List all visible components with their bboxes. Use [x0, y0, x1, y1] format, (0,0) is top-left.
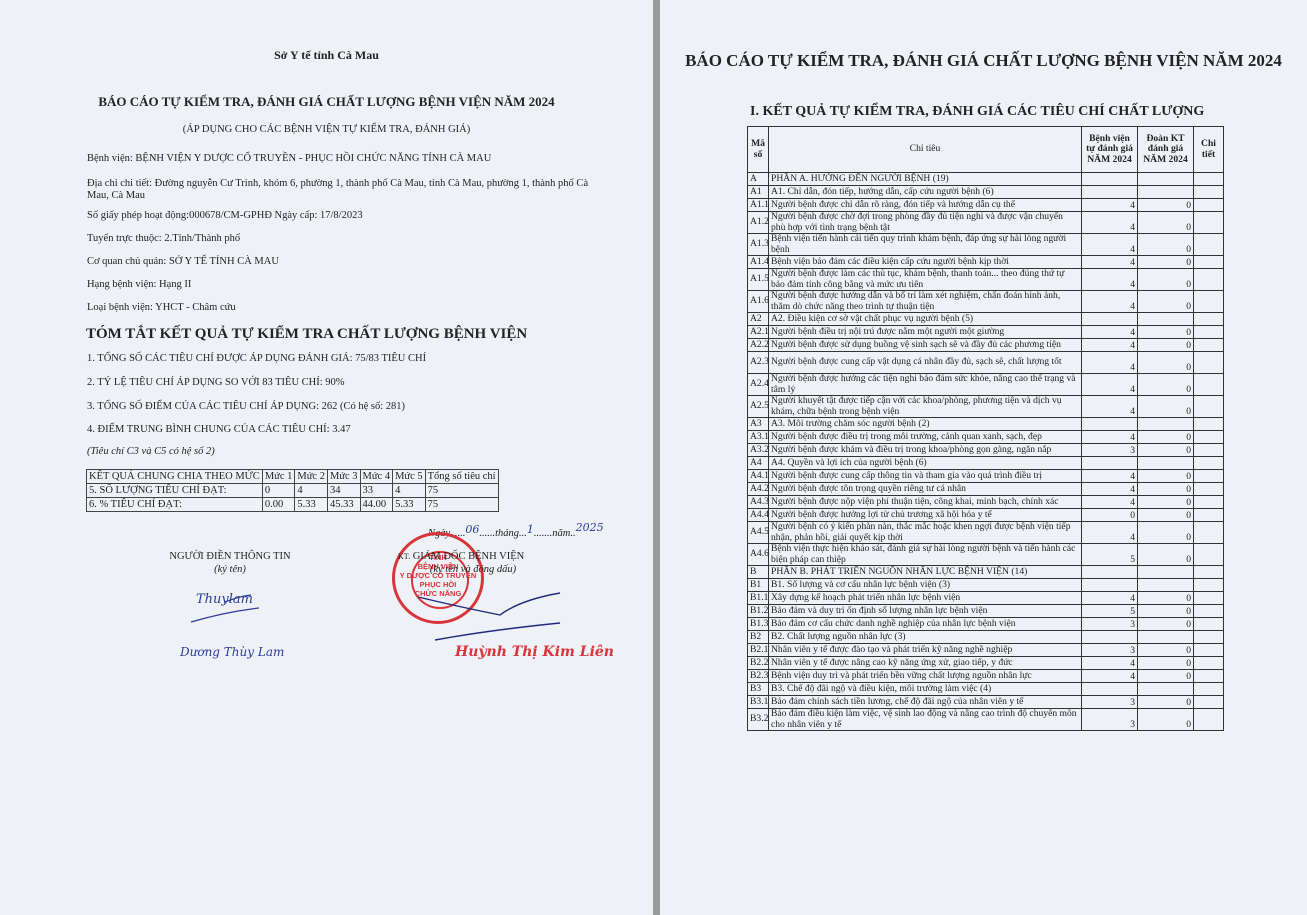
criterion-text: Bệnh viện tiến hành cải tiến quy trình k… — [769, 234, 1082, 256]
team-score: 0 — [1138, 326, 1194, 339]
team-score: 0 — [1138, 522, 1194, 544]
table-row: A4.4Người bệnh được hưởng lợi từ chủ trư… — [748, 509, 1224, 522]
signer-right-note: (ký tên và đóng dấu) — [408, 564, 538, 575]
coefficient-note: (Tiêu chí C3 và C5 có hệ số 2) — [87, 446, 215, 457]
criterion-code: A — [748, 173, 769, 186]
team-score — [1138, 566, 1194, 579]
table-row: A2.5Người khuyết tật được tiếp cận với c… — [748, 396, 1224, 418]
criterion-code: A2.3 — [748, 352, 769, 374]
detail-cell — [1194, 396, 1224, 418]
criterion-text: A2. Điều kiện cơ sở vật chất phục vụ ngư… — [769, 313, 1082, 326]
table-row: A2.1Người bệnh điều trị nội trú được nằm… — [748, 326, 1224, 339]
detail-cell — [1194, 670, 1224, 683]
cell: 34 — [327, 484, 360, 498]
header-cell: Mức 3 — [327, 470, 360, 484]
header-cell: Mức 4 — [360, 470, 393, 484]
criterion-code: A1.4 — [748, 256, 769, 269]
detail-cell — [1194, 696, 1224, 709]
criterion-text: Bệnh viện thực hiện khảo sát, đánh giá s… — [769, 544, 1082, 566]
team-score: 0 — [1138, 709, 1194, 731]
criterion-code: B3.1 — [748, 696, 769, 709]
criterion-code: B2.2 — [748, 657, 769, 670]
detail-cell — [1194, 592, 1224, 605]
table-row: 6. % TIÊU CHÍ ĐẠT: 0.00 5.33 45.33 44.00… — [87, 498, 499, 512]
detail-cell — [1194, 566, 1224, 579]
self-score: 4 — [1082, 431, 1138, 444]
self-score: 4 — [1082, 522, 1138, 544]
department-name: Sở Y tế tỉnh Cà Mau — [0, 48, 653, 63]
table-row: A1.2Người bệnh được chờ đợi trong phòng … — [748, 212, 1224, 234]
self-score: 4 — [1082, 234, 1138, 256]
table-row: A4.6Bệnh viện thực hiện khảo sát, đánh g… — [748, 544, 1224, 566]
table-row: B2.1Nhân viên y tế được đào tạo và phát … — [748, 644, 1224, 657]
criterion-code: A2 — [748, 313, 769, 326]
license-info: Số giấy phép hoạt động:000678/CM-GPHĐ Ng… — [87, 210, 597, 222]
detail-cell — [1194, 374, 1224, 396]
detail-cell — [1194, 644, 1224, 657]
criterion-text: Bảo đảm và duy trì ổn định số lượng nhân… — [769, 605, 1082, 618]
signature-right-stroke-icon — [410, 585, 570, 645]
cell: 6. % TIÊU CHÍ ĐẠT: — [87, 498, 263, 512]
detail-cell — [1194, 269, 1224, 291]
header-cell: KẾT QUẢ CHUNG CHIA THEO MỨC — [87, 470, 263, 484]
summary-item: 3. TỔNG SỐ ĐIỂM CỦA CÁC TIÊU CHÍ ÁP DỤNG… — [87, 401, 405, 412]
table-row: A4A4. Quyền và lợi ích của người bệnh (6… — [748, 457, 1224, 470]
hospital-rank: Hạng bệnh viện: Hạng II — [87, 279, 597, 291]
signer-right-prefix: KT. — [398, 552, 410, 561]
table-row: A1.6Người bệnh được hướng dẫn và bố trí … — [748, 291, 1224, 313]
criterion-text: Xây dựng kế hoạch phát triển nhân lực bệ… — [769, 592, 1082, 605]
criterion-text: Người bệnh được chờ đợi trong phòng đầy … — [769, 212, 1082, 234]
self-score: 5 — [1082, 544, 1138, 566]
cell: 5.33 — [295, 498, 328, 512]
table-header-row: KẾT QUẢ CHUNG CHIA THEO MỨC Mức 1 Mức 2 … — [87, 470, 499, 484]
summary-item: 1. TỔNG SỐ CÁC TIÊU CHÍ ĐƯỢC ÁP DỤNG ĐÁN… — [87, 353, 426, 364]
table-row: B3.1Bảo đảm chính sách tiền lương, chế đ… — [748, 696, 1224, 709]
criterion-text: Người bệnh được khám và điều trị trong k… — [769, 444, 1082, 457]
detail-cell — [1194, 709, 1224, 731]
criterion-code: B2 — [748, 631, 769, 644]
level-results-table: KẾT QUẢ CHUNG CHIA THEO MỨC Mức 1 Mức 2 … — [86, 469, 499, 512]
detail-cell — [1194, 509, 1224, 522]
table-row: B1.3Bảo đảm cơ cấu chức danh nghề nghiệp… — [748, 618, 1224, 631]
cell: 5. SỐ LƯỢNG TIÊU CHÍ ĐẠT: — [87, 484, 263, 498]
signer-left-note: (ký tên) — [140, 564, 320, 575]
table-row: B2.3Bệnh viện duy trì và phát triển bền … — [748, 670, 1224, 683]
detail-cell — [1194, 496, 1224, 509]
team-score: 0 — [1138, 605, 1194, 618]
team-score — [1138, 418, 1194, 431]
cell: 44.00 — [360, 498, 393, 512]
signer-left-name: Dương Thùy Lam — [180, 645, 284, 659]
criterion-text: A4. Quyền và lợi ích của người bệnh (6) — [769, 457, 1082, 470]
team-score: 0 — [1138, 431, 1194, 444]
criterion-text: Nhân viên y tế được nâng cao kỹ năng ứng… — [769, 657, 1082, 670]
detail-cell — [1194, 683, 1224, 696]
team-score: 0 — [1138, 696, 1194, 709]
date-month: 1 — [527, 523, 534, 536]
team-score: 0 — [1138, 199, 1194, 212]
criterion-text: PHẦN A. HƯỚNG ĐẾN NGƯỜI BỆNH (19) — [769, 173, 1082, 186]
team-score — [1138, 186, 1194, 199]
table-row: B1B1. Số lượng và cơ cấu nhân lực bệnh v… — [748, 579, 1224, 592]
table-row: A4.3Người bệnh được nộp viện phí thuận t… — [748, 496, 1224, 509]
team-score: 0 — [1138, 618, 1194, 631]
criterion-text: A1. Chỉ dẫn, đón tiếp, hướng dẫn, cấp cứ… — [769, 186, 1082, 199]
signer-right-name: Huỳnh Thị Kim Liên — [455, 644, 614, 660]
self-score: 4 — [1082, 256, 1138, 269]
criterion-text: Người bệnh được sử dụng buồng vệ sinh sạ… — [769, 339, 1082, 352]
criterion-code: A1 — [748, 186, 769, 199]
team-score — [1138, 313, 1194, 326]
team-score — [1138, 579, 1194, 592]
self-score — [1082, 631, 1138, 644]
self-score: 3 — [1082, 696, 1138, 709]
report-title: BÁO CÁO TỰ KIỂM TRA, ĐÁNH GIÁ CHẤT LƯỢNG… — [0, 94, 653, 110]
year-label: năm — [552, 528, 570, 539]
self-score: 4 — [1082, 592, 1138, 605]
detail-cell — [1194, 186, 1224, 199]
table-row: A3.1Người bệnh được điều trị trong môi t… — [748, 431, 1224, 444]
table-row: A2.4Người bệnh được hưởng các tiện nghi … — [748, 374, 1224, 396]
criterion-code: A1.6 — [748, 291, 769, 313]
team-score — [1138, 173, 1194, 186]
section-heading: I. KẾT QUẢ TỰ KIỂM TRA, ĐÁNH GIÁ CÁC TIÊ… — [750, 104, 1204, 120]
self-score: 4 — [1082, 396, 1138, 418]
team-score: 0 — [1138, 470, 1194, 483]
detail-cell — [1194, 234, 1224, 256]
report-title-right: BÁO CÁO TỰ KIỂM TRA, ĐÁNH GIÁ CHẤT LƯỢNG… — [660, 52, 1307, 70]
detail-cell — [1194, 483, 1224, 496]
self-score: 4 — [1082, 670, 1138, 683]
team-score: 0 — [1138, 444, 1194, 457]
criterion-code: A1.5 — [748, 269, 769, 291]
team-score: 0 — [1138, 483, 1194, 496]
criterion-code: B3.2 — [748, 709, 769, 731]
criterion-text: Bảo đảm điều kiện làm việc, vệ sinh lao … — [769, 709, 1082, 731]
criterion-text: Bảo đảm chính sách tiền lương, chế độ đã… — [769, 696, 1082, 709]
table-row: A4.2Người bệnh được tôn trọng quyền riên… — [748, 483, 1224, 496]
criterion-text: B3. Chế độ đãi ngộ và điều kiện, môi trư… — [769, 683, 1082, 696]
hospital-tier: Tuyến trực thuộc: 2.Tỉnh/Thành phố — [87, 233, 597, 245]
cell: 0.00 — [262, 498, 295, 512]
table-row: A2.2Người bệnh được sử dụng buồng vệ sin… — [748, 339, 1224, 352]
signer-right-title-text: GIÁM ĐỐC BỆNH VIỆN — [413, 551, 525, 562]
table-row: A1.5Người bệnh được làm các thủ tục, khá… — [748, 269, 1224, 291]
cell: 0 — [262, 484, 295, 498]
detail-cell — [1194, 544, 1224, 566]
cell: 4 — [393, 484, 426, 498]
criterion-text: Nhân viên y tế được đào tạo và phát triể… — [769, 644, 1082, 657]
self-score — [1082, 683, 1138, 696]
detail-cell — [1194, 579, 1224, 592]
team-score: 0 — [1138, 657, 1194, 670]
team-score: 0 — [1138, 670, 1194, 683]
header-cell: Mức 1 — [262, 470, 295, 484]
criterion-text: Người bệnh được tôn trọng quyền riêng tư… — [769, 483, 1082, 496]
month-label: tháng — [495, 528, 519, 539]
table-row: A4.1Người bệnh được cung cấp thông tin v… — [748, 470, 1224, 483]
table-row: BPHẦN B. PHÁT TRIỂN NGUỒN NHÂN LỰC BỆNH … — [748, 566, 1224, 579]
self-score: 4 — [1082, 326, 1138, 339]
signer-right-title: KT. GIÁM ĐỐC BỆNH VIỆN — [398, 551, 538, 562]
criterion-code: A2.4 — [748, 374, 769, 396]
detail-cell — [1194, 339, 1224, 352]
criterion-code: A2.5 — [748, 396, 769, 418]
self-score — [1082, 566, 1138, 579]
criterion-code: A2.2 — [748, 339, 769, 352]
detail-cell — [1194, 199, 1224, 212]
criterion-code: A4.5 — [748, 522, 769, 544]
team-score: 0 — [1138, 291, 1194, 313]
table-row: A1A1. Chỉ dẫn, đón tiếp, hướng dẫn, cấp … — [748, 186, 1224, 199]
criterion-code: B1.3 — [748, 618, 769, 631]
criterion-code: B1.1 — [748, 592, 769, 605]
table-row: B3.2Bảo đảm điều kiện làm việc, vệ sinh … — [748, 709, 1224, 731]
cell: 5.33 — [393, 498, 426, 512]
self-score — [1082, 418, 1138, 431]
self-score: 4 — [1082, 339, 1138, 352]
header-self-score: Bệnh viện tự đánh giá NĂM 2024 — [1082, 127, 1138, 173]
self-score: 4 — [1082, 496, 1138, 509]
team-score: 0 — [1138, 269, 1194, 291]
right-page: BÁO CÁO TỰ KIỂM TRA, ĐÁNH GIÁ CHẤT LƯỢNG… — [660, 0, 1307, 915]
detail-cell — [1194, 444, 1224, 457]
criterion-code: A4.3 — [748, 496, 769, 509]
criterion-text: Người bệnh được cung cấp thông tin và th… — [769, 470, 1082, 483]
self-score: 4 — [1082, 291, 1138, 313]
detail-cell — [1194, 605, 1224, 618]
self-score — [1082, 173, 1138, 186]
header-cell: Tổng số tiêu chí — [425, 470, 498, 484]
summary-item: 4. ĐIỂM TRUNG BÌNH CHUNG CỦA CÁC TIÊU CH… — [87, 424, 351, 435]
table-row: A1.4Bệnh viện bảo đảm các điều kiện cấp … — [748, 256, 1224, 269]
date-day: 06 — [465, 523, 479, 536]
criterion-text: Người bệnh được nộp viện phí thuận tiện,… — [769, 496, 1082, 509]
table-row: B2B2. Chất lượng nguồn nhân lực (3) — [748, 631, 1224, 644]
date-year: 2025 — [576, 521, 604, 534]
team-score — [1138, 631, 1194, 644]
criterion-code: A3 — [748, 418, 769, 431]
team-score: 0 — [1138, 396, 1194, 418]
criterion-code: B3 — [748, 683, 769, 696]
table-row: B3B3. Chế độ đãi ngộ và điều kiện, môi t… — [748, 683, 1224, 696]
self-score: 4 — [1082, 374, 1138, 396]
table-header-row: Mã số Chỉ tiêu Bệnh viện tự đánh giá NĂM… — [748, 127, 1224, 173]
team-score: 0 — [1138, 374, 1194, 396]
self-score: 4 — [1082, 212, 1138, 234]
cell: 4 — [295, 484, 328, 498]
self-score: 4 — [1082, 199, 1138, 212]
criterion-text: Người bệnh được hướng dẫn và bố trí làm … — [769, 291, 1082, 313]
hospital-name: Bệnh viện: BỆNH VIỆN Y DƯỢC CỔ TRUYỀN - … — [87, 153, 597, 165]
criterion-code: A4.6 — [748, 544, 769, 566]
self-score — [1082, 186, 1138, 199]
table-row: A1.3Bệnh viện tiến hành cải tiến quy trì… — [748, 234, 1224, 256]
criterion-text: Người bệnh được hưởng lợi từ chủ trương … — [769, 509, 1082, 522]
cell: 45.33 — [327, 498, 360, 512]
header-detail: Chi tiết — [1194, 127, 1224, 173]
criterion-text: Người bệnh được hưởng các tiện nghi bảo … — [769, 374, 1082, 396]
signature-stroke-icon — [185, 590, 265, 630]
detail-cell — [1194, 352, 1224, 374]
summary-heading: TÓM TẮT KẾT QUẢ TỰ KIỂM TRA CHẤT LƯỢNG B… — [86, 326, 527, 343]
criterion-code: B1 — [748, 579, 769, 592]
header-cell: Mức 2 — [295, 470, 328, 484]
self-score: 3 — [1082, 644, 1138, 657]
criterion-text: Người bệnh được chỉ dẫn rõ ràng, đón tiế… — [769, 199, 1082, 212]
detail-cell — [1194, 418, 1224, 431]
criteria-body: APHẦN A. HƯỚNG ĐẾN NGƯỜI BỆNH (19)A1A1. … — [748, 173, 1224, 731]
team-score: 0 — [1138, 592, 1194, 605]
criterion-text: B2. Chất lượng nguồn nhân lực (3) — [769, 631, 1082, 644]
self-score: 4 — [1082, 483, 1138, 496]
criterion-text: PHẦN B. PHÁT TRIỂN NGUỒN NHÂN LỰC BỆNH V… — [769, 566, 1082, 579]
criterion-code: B2.1 — [748, 644, 769, 657]
self-score: 0 — [1082, 509, 1138, 522]
self-score: 4 — [1082, 470, 1138, 483]
criterion-code: A3.1 — [748, 431, 769, 444]
signer-left-title: NGƯỜI ĐIỀN THÔNG TIN — [140, 551, 320, 562]
detail-cell — [1194, 212, 1224, 234]
detail-cell — [1194, 618, 1224, 631]
self-score — [1082, 579, 1138, 592]
table-row: A3A3. Môi trường chăm sóc người bệnh (2) — [748, 418, 1224, 431]
table-row: A2.3Người bệnh được cung cấp vật dụng cá… — [748, 352, 1224, 374]
table-row: A1.1Người bệnh được chỉ dẫn rõ ràng, đón… — [748, 199, 1224, 212]
team-score — [1138, 457, 1194, 470]
criterion-text: A3. Môi trường chăm sóc người bệnh (2) — [769, 418, 1082, 431]
self-score: 3 — [1082, 618, 1138, 631]
team-score: 0 — [1138, 544, 1194, 566]
criterion-code: A4.4 — [748, 509, 769, 522]
cell: 75 — [425, 484, 498, 498]
self-score: 5 — [1082, 605, 1138, 618]
criterion-text: B1. Số lượng và cơ cấu nhân lực bệnh việ… — [769, 579, 1082, 592]
team-score: 0 — [1138, 339, 1194, 352]
criterion-code: A4.1 — [748, 470, 769, 483]
report-subtitle: (ÁP DỤNG CHO CÁC BỆNH VIỆN TỰ KIỂM TRA, … — [0, 124, 653, 135]
criterion-code: A2.1 — [748, 326, 769, 339]
team-score: 0 — [1138, 234, 1194, 256]
table-row: B2.2Nhân viên y tế được nâng cao kỹ năng… — [748, 657, 1224, 670]
table-row: A4.5Người bệnh có ý kiến phàn nàn, thắc … — [748, 522, 1224, 544]
criterion-text: Người bệnh được điều trị trong môi trườn… — [769, 431, 1082, 444]
criterion-text: Người bệnh điều trị nội trú được nằm một… — [769, 326, 1082, 339]
criterion-text: Người bệnh được cung cấp vật dụng cá nhâ… — [769, 352, 1082, 374]
criterion-code: A4.2 — [748, 483, 769, 496]
self-score: 4 — [1082, 269, 1138, 291]
criteria-table: Mã số Chỉ tiêu Bệnh viện tự đánh giá NĂM… — [747, 126, 1224, 731]
criterion-text: Bảo đảm cơ cấu chức danh nghề nghiệp của… — [769, 618, 1082, 631]
self-score: 4 — [1082, 352, 1138, 374]
team-score: 0 — [1138, 212, 1194, 234]
detail-cell — [1194, 173, 1224, 186]
detail-cell — [1194, 470, 1224, 483]
criterion-text: Bệnh viện duy trì và phát triển bền vững… — [769, 670, 1082, 683]
table-row: B1.2Bảo đảm và duy trì ổn định số lượng … — [748, 605, 1224, 618]
self-score — [1082, 313, 1138, 326]
criterion-code: A1.2 — [748, 212, 769, 234]
self-score: 4 — [1082, 657, 1138, 670]
header-criterion: Chỉ tiêu — [769, 127, 1082, 173]
hospital-address: Địa chỉ chi tiết: Đường nguyễn Cư Trinh,… — [87, 178, 597, 202]
criterion-code: A1.1 — [748, 199, 769, 212]
team-score — [1138, 683, 1194, 696]
detail-cell — [1194, 256, 1224, 269]
header-cell: Mức 5 — [393, 470, 426, 484]
cell: 33 — [360, 484, 393, 498]
criterion-code: A3.2 — [748, 444, 769, 457]
table-row: B1.1Xây dựng kế hoạch phát triển nhân lự… — [748, 592, 1224, 605]
detail-cell — [1194, 313, 1224, 326]
criterion-code: A4 — [748, 457, 769, 470]
criterion-text: Người bệnh được làm các thủ tục, khám bệ… — [769, 269, 1082, 291]
criterion-code: A1.3 — [748, 234, 769, 256]
header-code: Mã số — [748, 127, 769, 173]
summary-item: 2. TỶ LỆ TIÊU CHÍ ÁP DỤNG SO VỚI 83 TIÊU… — [87, 377, 345, 388]
team-score: 0 — [1138, 644, 1194, 657]
team-score: 0 — [1138, 496, 1194, 509]
criterion-text: Người khuyết tật được tiếp cận với các k… — [769, 396, 1082, 418]
detail-cell — [1194, 657, 1224, 670]
detail-cell — [1194, 631, 1224, 644]
table-row: A3.2Người bệnh được khám và điều trị tro… — [748, 444, 1224, 457]
hospital-type: Loại bệnh viện: YHCT - Châm cứu — [87, 302, 597, 314]
detail-cell — [1194, 522, 1224, 544]
criterion-code: B2.3 — [748, 670, 769, 683]
self-score: 3 — [1082, 709, 1138, 731]
detail-cell — [1194, 326, 1224, 339]
detail-cell — [1194, 457, 1224, 470]
governing-agency: Cơ quan chủ quản: SỞ Y TẾ TỈNH CÀ MAU — [87, 256, 597, 268]
self-score: 3 — [1082, 444, 1138, 457]
criterion-text: Người bệnh có ý kiến phàn nàn, thắc mắc … — [769, 522, 1082, 544]
detail-cell — [1194, 431, 1224, 444]
team-score: 0 — [1138, 352, 1194, 374]
detail-cell — [1194, 291, 1224, 313]
header-team-score: Đoàn KT đánh giá NĂM 2024 — [1138, 127, 1194, 173]
left-page: Sở Y tế tỉnh Cà Mau BÁO CÁO TỰ KIỂM TRA,… — [0, 0, 653, 915]
criterion-code: B1.2 — [748, 605, 769, 618]
team-score: 0 — [1138, 509, 1194, 522]
team-score: 0 — [1138, 256, 1194, 269]
cell: 75 — [425, 498, 498, 512]
self-score — [1082, 457, 1138, 470]
criterion-text: Bệnh viện bảo đảm các điều kiện cấp cứu … — [769, 256, 1082, 269]
table-row: A2A2. Điều kiện cơ sở vật chất phục vụ n… — [748, 313, 1224, 326]
table-row: 5. SỐ LƯỢNG TIÊU CHÍ ĐẠT: 0 4 34 33 4 75 — [87, 484, 499, 498]
table-row: APHẦN A. HƯỚNG ĐẾN NGƯỜI BỆNH (19) — [748, 173, 1224, 186]
criterion-code: B — [748, 566, 769, 579]
